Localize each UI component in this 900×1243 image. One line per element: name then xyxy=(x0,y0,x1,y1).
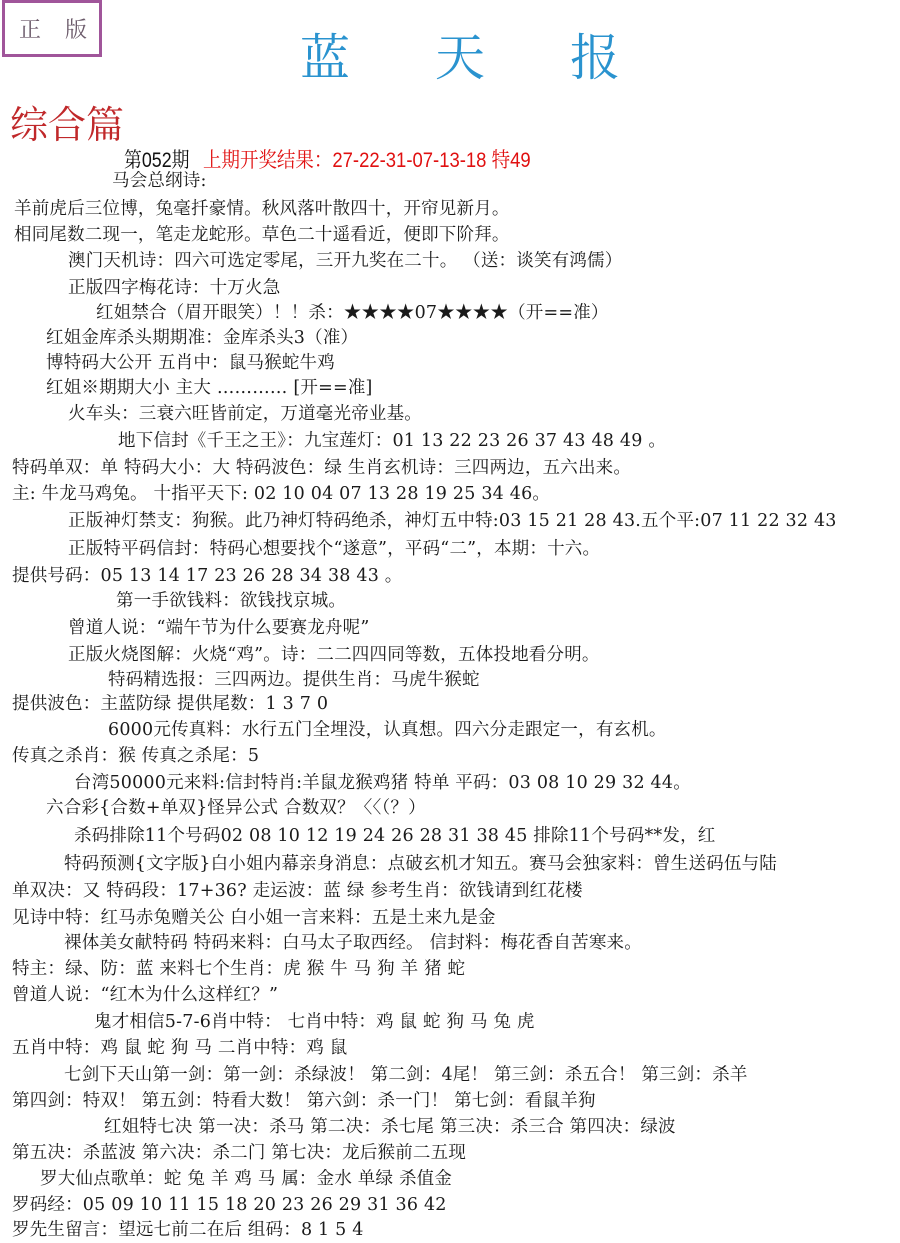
text-line: 六合彩{合数+单双}怪异公式 合数双？〈〈（？） xyxy=(46,797,426,819)
text-line: 正版火烧图解：火烧“鸡”。诗：二二四四同等数，五体投地看分明。 xyxy=(68,644,600,666)
text-line: 特主：绿、防：蓝 来料七个生肖：虎 猴 牛 马 狗 羊 猪 蛇 xyxy=(12,958,465,980)
badge-char-right: 版 xyxy=(65,13,87,44)
text-line: 罗大仙点歌单：蛇 兔 羊 鸡 马 属：金水 单绿 杀值金 xyxy=(40,1168,452,1190)
text-line: 第五决：杀蓝波 第六决：杀二门 第七决：龙后猴前二五现 xyxy=(12,1142,466,1164)
text-line: 杀码排除11个号码02 08 10 12 19 24 26 28 31 38 4… xyxy=(74,825,715,847)
last-draw-result: 上期开奖结果：27-22-31-07-13-18 特49 xyxy=(203,144,531,174)
text-line: 红姐金库杀头期期准：金库杀头3（准） xyxy=(46,327,358,349)
text-line: 正版神灯禁支：狗猴。此乃神灯特码绝杀，神灯五中特:03 15 21 28 43.… xyxy=(68,510,837,532)
text-line: 七剑下天山第一剑：第一剑：杀绿波！ 第二剑：4尾！ 第三剑：杀五合！ 第三剑：杀… xyxy=(64,1064,748,1086)
text-line: 红姐※期期大小 主大 ………… [开==准] xyxy=(46,377,373,399)
section-title: 综合篇 xyxy=(10,94,124,149)
text-line: 特码精选报：三四两边。提供生肖：马虎牛猴蛇 xyxy=(108,669,480,691)
text-line: 相同尾数二现一，笔走龙蛇形。草色二十遥看近，便即下阶拜。 xyxy=(14,224,510,246)
text-line: 五肖中特：鸡 鼠 蛇 狗 马 二肖中特：鸡 鼠 xyxy=(12,1037,347,1059)
text-line: 见诗中特：红马赤兔赠关公 白小姐一言来料：五是土来九是金 xyxy=(12,907,496,929)
text-line: 正版四字梅花诗：十万火急 xyxy=(68,277,280,299)
text-line: 博特码大公开 五肖中：鼠马猴蛇牛鸡 xyxy=(46,352,335,374)
masthead-title: 蓝 天 报 xyxy=(300,18,620,90)
text-line: 第四剑：特双！ 第五剑：特看大数！ 第六剑：杀一门！ 第七剑：看鼠羊狗 xyxy=(12,1090,596,1112)
text-line: 罗先生留言：望远七前二在后 组码：8 1 5 4 xyxy=(12,1219,364,1241)
text-line: 红姐禁合（眉开眼笑）！！杀：★★★★07★★★★（开==准） xyxy=(96,302,609,324)
text-line: 羊前虎后三位博，兔毫扦豪情。秋风落叶散四十，开帘见新月。 xyxy=(14,198,510,220)
text-line: 台湾50000元来料:信封特肖:羊鼠龙猴鸡猪 特单 平码：03 08 10 29… xyxy=(74,772,691,794)
text-line: 传真之杀肖：猴 传真之杀尾：5 xyxy=(12,745,259,767)
text-line: 曾道人说：“端午节为什么要赛龙舟呢” xyxy=(68,617,370,639)
text-line: 红姐特七决 第一决：杀马 第二决：杀七尾 第三决：杀三合 第四决：绿波 xyxy=(104,1116,676,1138)
masthead-char-1: 蓝 xyxy=(300,18,350,90)
text-line: 正版特平码信封：特码心想要找个“遂意”，平码“二”，本期：十六。 xyxy=(68,538,600,560)
text-line: 地下信封《千王之王》：九宝莲灯：01 13 22 23 26 37 43 48 … xyxy=(118,430,666,452)
text-line: 马会总纲诗: xyxy=(112,170,207,192)
text-line: 主: 牛龙马鸡兔。 十指平天下: 02 10 04 07 13 28 19 25… xyxy=(12,483,550,505)
text-line: 火车头：三衰六旺皆前定，万道毫光帝业基。 xyxy=(68,403,422,425)
text-line: 罗码经：05 09 10 11 15 18 20 23 26 29 31 36 … xyxy=(12,1194,447,1216)
badge-char-left: 正 xyxy=(19,13,41,44)
text-line: 特码预测{文字版}白小姐内幕亲身消息：点破玄机才知五。赛马会独家料：曾生送码伍与… xyxy=(64,853,777,875)
text-line: 第一手欲钱料：欲钱找京城。 xyxy=(116,590,346,612)
text-line: 6000元传真料：水行五门全埋没，认真想。四六分走跟定一，有玄机。 xyxy=(108,719,667,741)
text-line: 提供号码：05 13 14 17 23 26 28 34 38 43 。 xyxy=(12,565,403,587)
text-line: 单双决：又 特码段：17+36? 走运波：蓝 绿 参考生肖：欲钱请到红花楼 xyxy=(12,880,583,902)
text-line: 裸体美女献特码 特码来料：白马太子取西经。 信封料：梅花香自苦寒来。 xyxy=(64,932,642,954)
text-line: 特码单双：单 特码大小：大 特码波色：绿 生肖玄机诗：三四两边，五六出来。 xyxy=(12,457,631,479)
text-line: 曾道人说：“红木为什么这样红？” xyxy=(12,984,278,1006)
authentic-edition-badge: 正 版 xyxy=(2,0,102,57)
text-line: 提供波色：主蓝防绿 提供尾数：1 3 7 0 xyxy=(12,693,328,715)
masthead-char-3: 报 xyxy=(570,18,620,90)
masthead-char-2: 天 xyxy=(435,18,485,90)
text-line: 鬼才相信5-7-6肖中特： 七肖中特：鸡 鼠 蛇 狗 马 兔 虎 xyxy=(94,1011,535,1033)
text-line: 澳门天机诗：四六可选定零尾，三开九奖在二十。 （送：谈笑有鸿儒） xyxy=(68,250,622,272)
